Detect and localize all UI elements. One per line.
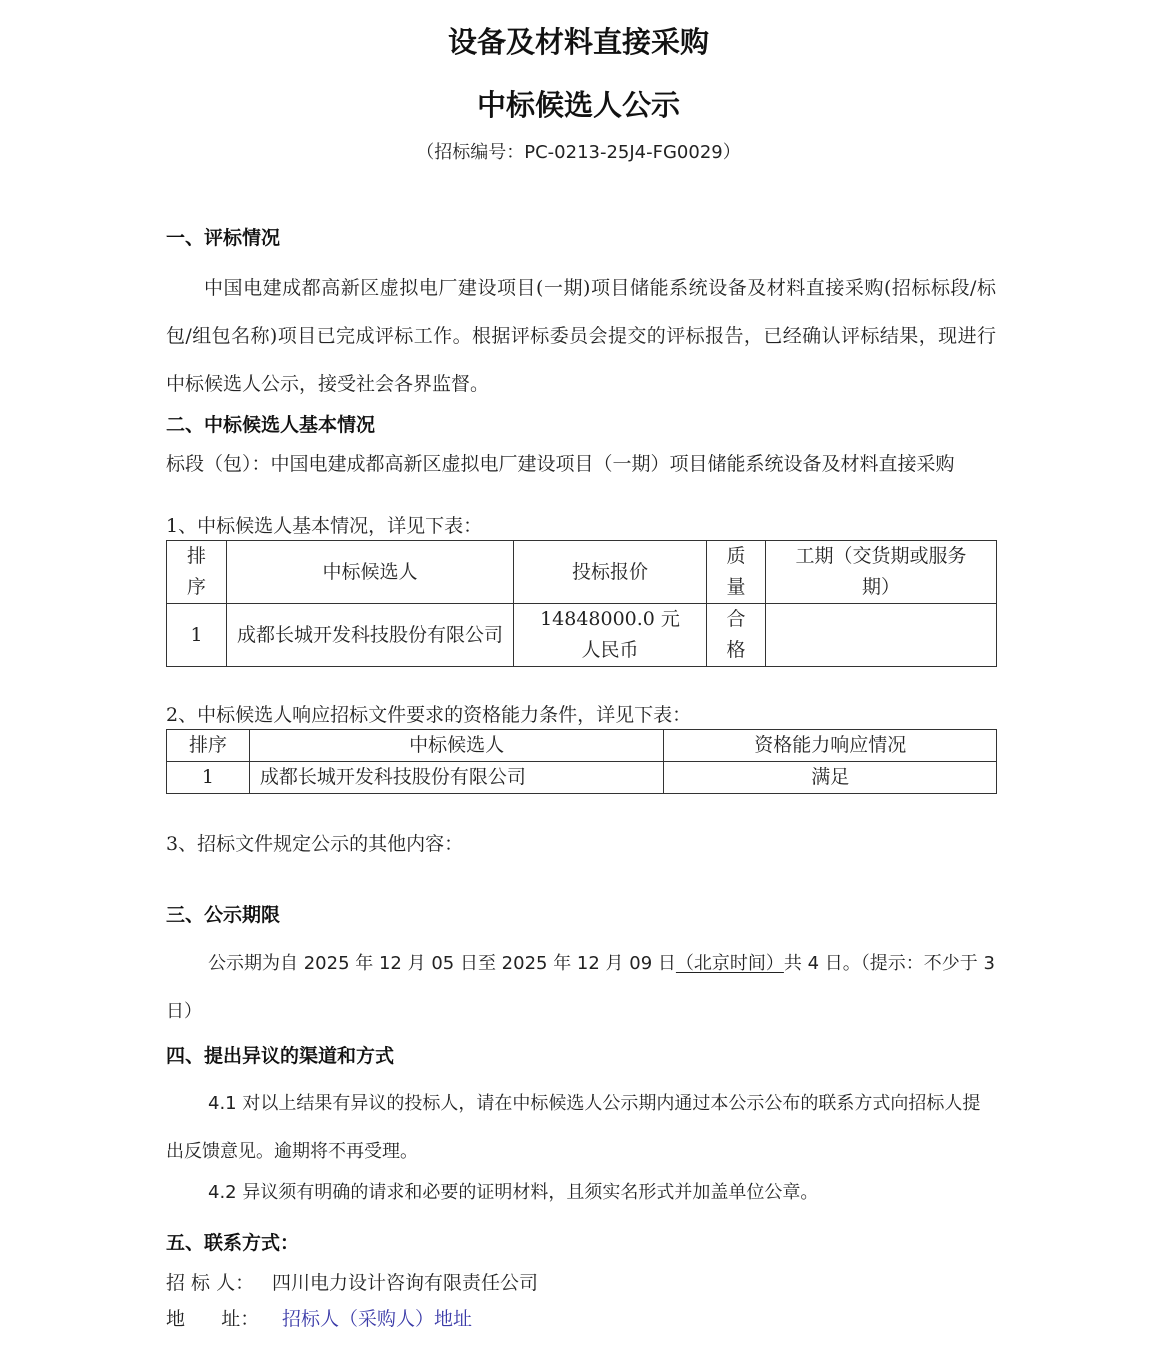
tenderer-row: 招 标 人：四川电力设计咨询有限责任公司	[166, 1268, 538, 1295]
cell-rank: 1	[167, 762, 250, 794]
tenderer-value: 四川电力设计咨询有限责任公司	[272, 1272, 538, 1294]
table2-caption: 2、中标候选人响应招标文件要求的资格能力条件，详见下表：	[166, 700, 691, 727]
cell-qualification: 满足	[664, 762, 997, 794]
section-heading-contact: 五、联系方式：	[166, 1228, 299, 1255]
header-quality: 质量	[707, 541, 766, 604]
other-content-caption: 3、招标文件规定公示的其他内容：	[166, 829, 463, 856]
cell-duration	[766, 604, 997, 667]
header-candidate: 中标候选人	[227, 541, 514, 604]
evaluation-paragraph: 中国电建成都高新区虚拟电厂建设项目(一期)项目储能系统设备及材料直接采购(招标标…	[166, 264, 996, 408]
header-candidate: 中标候选人	[249, 730, 663, 762]
cell-quality: 合格	[707, 604, 766, 667]
section-heading-candidate-info: 二、中标候选人基本情况	[166, 410, 375, 437]
document-subtitle: 中标候选人公示	[0, 83, 1157, 124]
publicity-period-paragraph: 公示期为自 2025 年 12 月 05 日至 2025 年 12 月 09 日…	[166, 940, 996, 1036]
objection-item-1: 4.1 对以上结果有异议的投标人，请在中标候选人公示期内通过本公示公布的联系方式…	[166, 1080, 996, 1176]
address-label: 地 址：	[166, 1304, 282, 1331]
table-header-row: 排序 中标候选人 资格能力响应情况	[167, 730, 997, 762]
table1-caption: 1、中标候选人基本情况，详见下表：	[166, 511, 482, 538]
document-title: 设备及材料直接采购	[0, 20, 1157, 61]
table-row: 1 成都长城开发科技股份有限公司 14848000.0 元人民币 合格	[167, 604, 997, 667]
objection-item-2: 4.2 异议须有明确的请求和必要的证明材料，且须实名形式并加盖单位公章。	[208, 1178, 818, 1204]
cell-candidate: 成都长城开发科技股份有限公司	[249, 762, 663, 794]
header-rank: 排序	[167, 730, 250, 762]
beijing-time-note: （北京时间）	[676, 953, 784, 974]
header-rank: 排序	[167, 541, 227, 604]
header-qualification: 资格能力响应情况	[664, 730, 997, 762]
period-text: 公示期为自 2025 年 12 月 05 日至 2025 年 12 月 09 日	[208, 953, 676, 974]
address-value-link[interactable]: 招标人（采购人）地址	[282, 1308, 472, 1330]
lot-description: 标段（包）：中国电建成都高新区虚拟电厂建设项目（一期）项目储能系统设备及材料直接…	[166, 449, 996, 480]
cell-candidate: 成都长城开发科技股份有限公司	[227, 604, 514, 667]
header-bid-price: 投标报价	[514, 541, 707, 604]
cell-bid-price: 14848000.0 元人民币	[514, 604, 707, 667]
cell-rank: 1	[167, 604, 227, 667]
tenderer-label: 招 标 人：	[166, 1268, 272, 1295]
candidate-basic-table: 排序 中标候选人 投标报价 质量 工期（交货期或服务期） 1 成都长城开发科技股…	[166, 540, 997, 667]
tender-number: （招标编号：PC-0213-25J4-FG0029）	[0, 138, 1157, 164]
section-heading-evaluation: 一、评标情况	[166, 223, 280, 250]
header-duration: 工期（交货期或服务期）	[766, 541, 997, 604]
qualification-table: 排序 中标候选人 资格能力响应情况 1 成都长城开发科技股份有限公司 满足	[166, 729, 997, 794]
section-heading-objection: 四、提出异议的渠道和方式	[166, 1041, 394, 1068]
table-header-row: 排序 中标候选人 投标报价 质量 工期（交货期或服务期）	[167, 541, 997, 604]
section-heading-publicity-period: 三、公示期限	[166, 900, 280, 927]
address-row: 地 址：招标人（采购人）地址	[166, 1304, 472, 1331]
table-row: 1 成都长城开发科技股份有限公司 满足	[167, 762, 997, 794]
